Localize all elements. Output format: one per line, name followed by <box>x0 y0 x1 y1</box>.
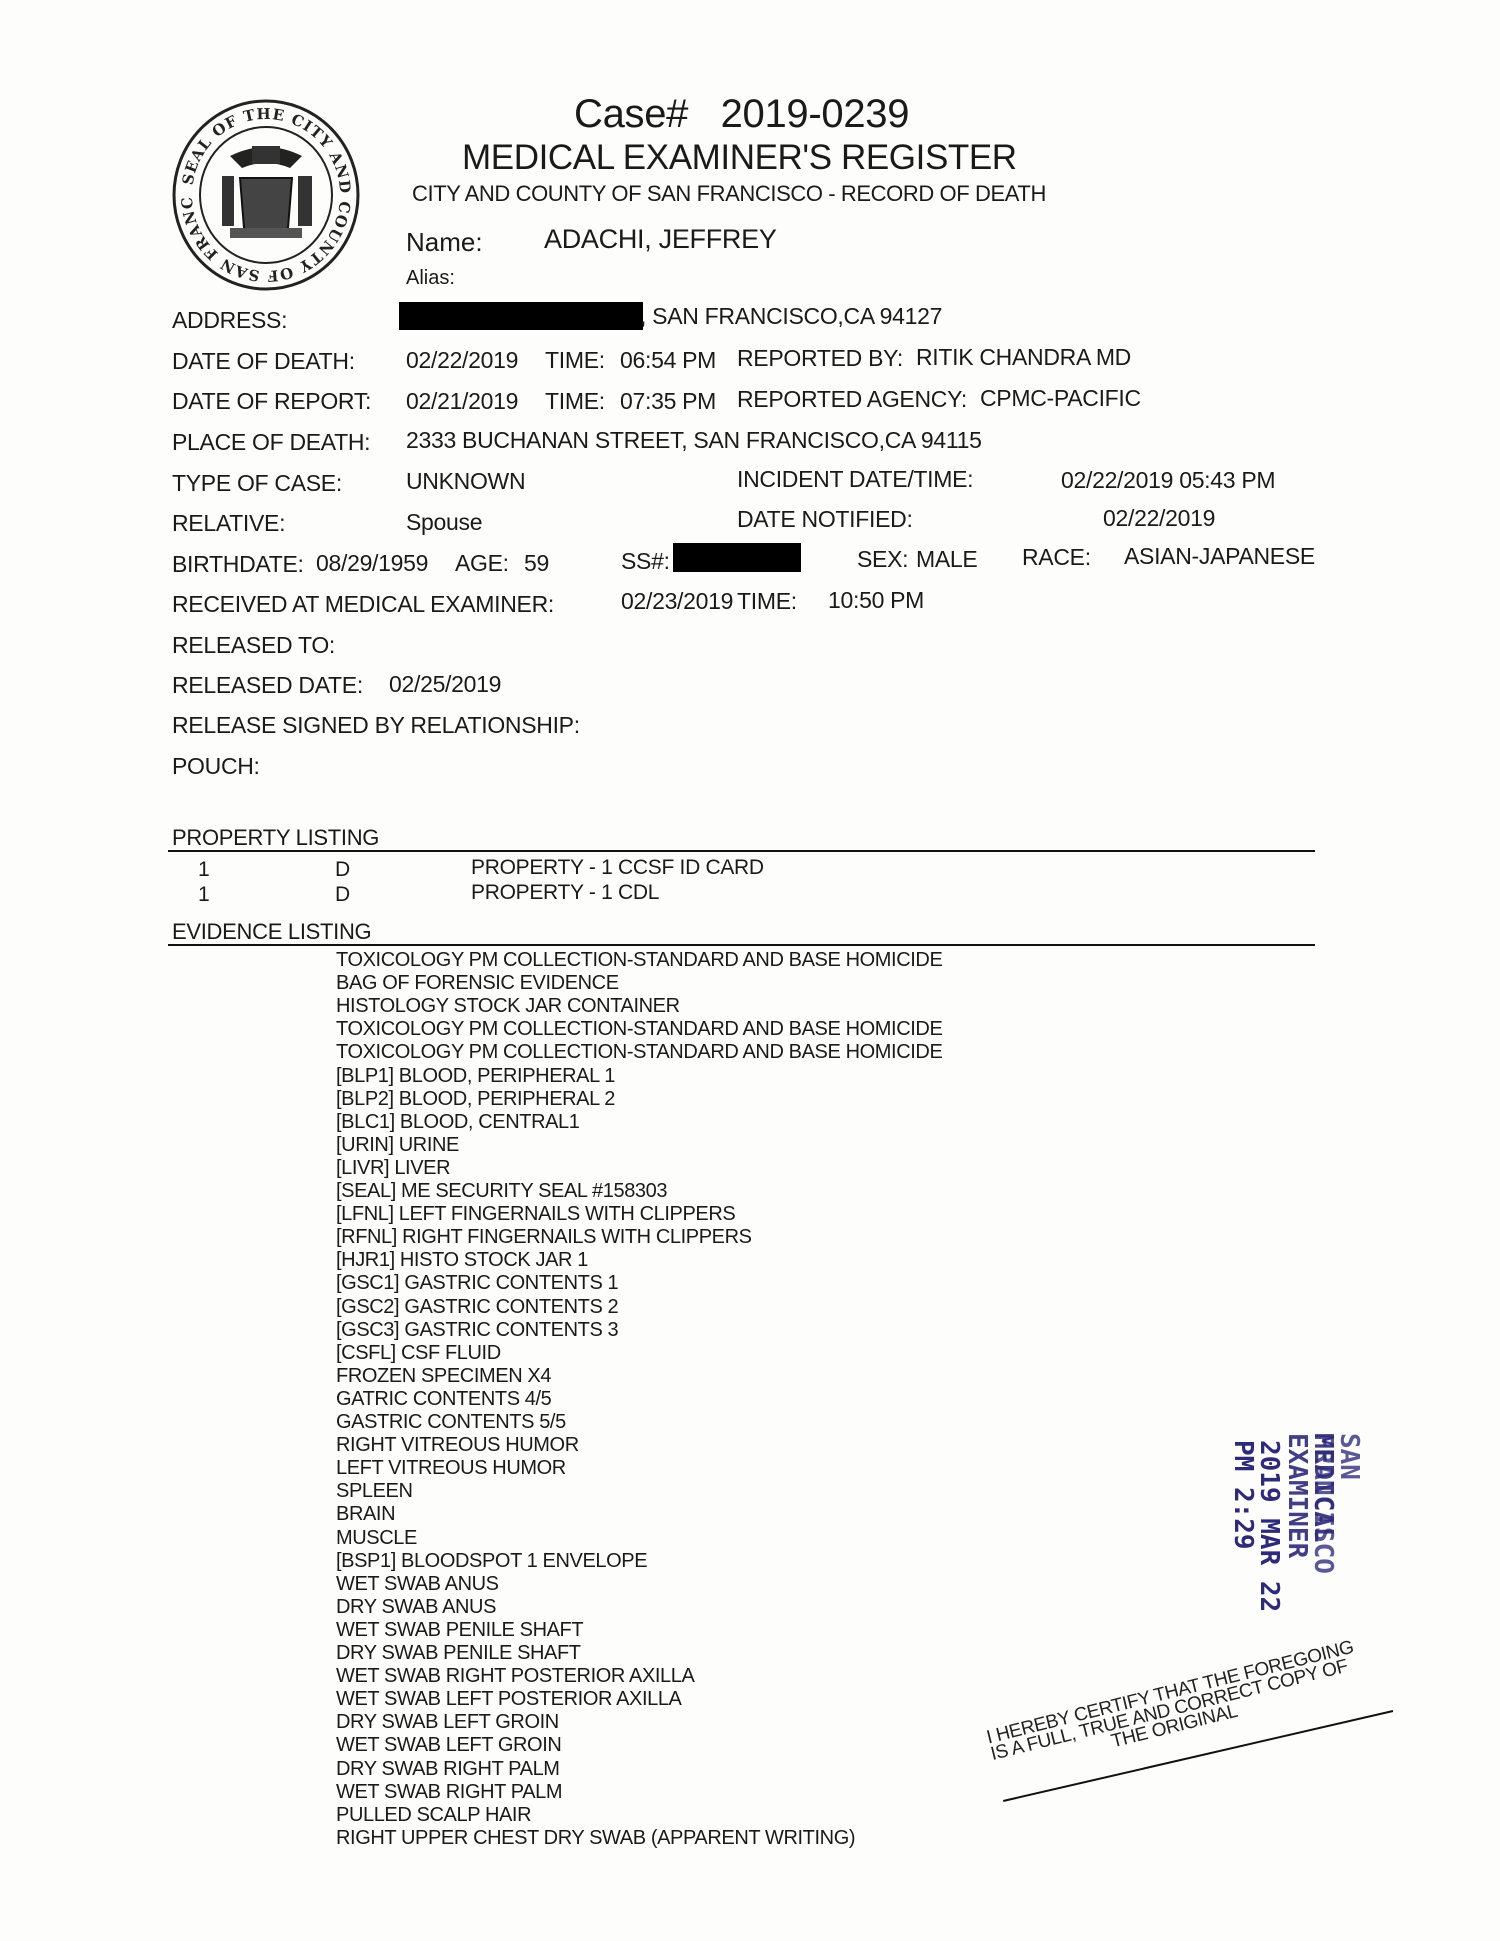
evidence-item: WET SWAB ANUS <box>336 1573 499 1596</box>
address-value: , SAN FRANCISCO,CA 94127 <box>640 303 942 330</box>
race-value: ASIAN-JAPANESE <box>1124 543 1315 570</box>
evidence-item: TOXICOLOGY PM COLLECTION-STANDARD AND BA… <box>336 1018 942 1041</box>
reported-agency-value: CPMC-PACIFIC <box>980 385 1141 412</box>
evidence-item: LEFT VITREOUS HUMOR <box>336 1457 566 1480</box>
released-to-label: RELEASED TO: <box>172 632 335 659</box>
type-of-case-value: UNKNOWN <box>406 468 525 495</box>
evidence-item: RIGHT VITREOUS HUMOR <box>336 1434 579 1457</box>
certify-line-2: IS A FULL, TRUE AND CORRECT COPY OF <box>989 1655 1359 1763</box>
age-label: AGE: <box>455 550 509 577</box>
property-divider <box>168 850 1315 852</box>
sex-label: SEX: <box>857 546 908 573</box>
place-of-death-label: PLACE OF DEATH: <box>172 429 370 456</box>
alias-label: Alias: <box>406 267 455 290</box>
evidence-item: WET SWAB RIGHT PALM <box>336 1781 562 1804</box>
date-of-report-value: 02/21/2019 <box>406 388 518 415</box>
property-listing-heading: PROPERTY LISTING <box>172 825 379 851</box>
document-subtitle: CITY AND COUNTY OF SAN FRANCISCO - RECOR… <box>412 181 1046 207</box>
received-date-value: 02/23/2019 <box>621 588 733 615</box>
evidence-divider <box>168 944 1315 946</box>
property-qty: 1 <box>198 858 209 882</box>
ssn-label: SS#: <box>621 548 670 575</box>
city-county-seal-logo: SEAL OF THE CITY AND COUNTY OF SAN FRANC… <box>170 98 362 292</box>
case-label: Case# <box>574 92 688 136</box>
relative-label: RELATIVE: <box>172 510 285 537</box>
birthdate-label: BIRTHDATE: <box>172 551 304 578</box>
evidence-item: [GSC1] GASTRIC CONTENTS 1 <box>336 1272 618 1295</box>
evidence-item: [RFNL] RIGHT FINGERNAILS WITH CLIPPERS <box>336 1226 752 1249</box>
relative-value: Spouse <box>406 509 482 536</box>
received-time-value: 10:50 PM <box>828 587 924 614</box>
age-value: 59 <box>524 550 549 577</box>
address-redaction <box>399 302 643 330</box>
evidence-item: [HJR1] HISTO STOCK JAR 1 <box>336 1249 588 1272</box>
received-label: RECEIVED AT MEDICAL EXAMINER: <box>172 591 554 618</box>
released-date-value: 02/25/2019 <box>389 671 501 698</box>
evidence-item: DRY SWAB RIGHT PALM <box>336 1758 560 1781</box>
address-label: ADDRESS: <box>172 307 287 334</box>
evidence-item: DRY SWAB LEFT GROIN <box>336 1711 559 1734</box>
released-date-label: RELEASED DATE: <box>172 672 363 699</box>
case-number: 2019-0239 <box>721 92 910 136</box>
stamp-date: 2019 MAR 22 PM 2:29 <box>1230 1440 1282 1658</box>
ssn-redaction <box>673 543 801 572</box>
date-of-death-value: 02/22/2019 <box>406 347 518 374</box>
evidence-item: [SEAL] ME SECURITY SEAL #158303 <box>336 1180 667 1203</box>
pouch-label: POUCH: <box>172 753 260 780</box>
date-notified-value: 02/22/2019 <box>1103 505 1215 532</box>
case-number-heading: Case# 2019-0239 <box>574 92 909 137</box>
evidence-item: [GSC2] GASTRIC CONTENTS 2 <box>336 1296 618 1319</box>
property-code: D <box>335 883 350 907</box>
incident-datetime-value: 02/22/2019 05:43 PM <box>1061 467 1275 494</box>
evidence-item: HISTOLOGY STOCK JAR CONTAINER <box>336 995 680 1018</box>
stamp-line-me: MEDICAL EXAMINER <box>1284 1433 1336 1597</box>
property-qty: 1 <box>198 883 209 907</box>
release-signed-label: RELEASE SIGNED BY RELATIONSHIP: <box>172 712 580 739</box>
report-time-label: TIME: <box>545 388 605 415</box>
evidence-item: MUSCLE <box>336 1527 417 1550</box>
birthdate-value: 08/29/1959 <box>316 550 428 577</box>
death-time-label: TIME: <box>545 347 605 374</box>
race-label: RACE: <box>1022 544 1091 571</box>
evidence-item: [BSP1] BLOODSPOT 1 ENVELOPE <box>336 1550 647 1573</box>
received-time-label: TIME: <box>737 588 797 615</box>
evidence-item: [LFNL] LEFT FINGERNAILS WITH CLIPPERS <box>336 1203 735 1226</box>
evidence-item: WET SWAB LEFT GROIN <box>336 1734 561 1757</box>
property-description: PROPERTY - 1 CCSF ID CARD <box>471 856 764 880</box>
evidence-item: [LIVR] LIVER <box>336 1157 450 1180</box>
date-of-death-label: DATE OF DEATH: <box>172 348 355 375</box>
evidence-item: [BLP1] BLOOD, PERIPHERAL 1 <box>336 1065 615 1088</box>
evidence-item: RIGHT UPPER CHEST DRY SWAB (APPARENT WRI… <box>336 1827 855 1850</box>
reported-by-label: REPORTED BY: <box>737 345 903 372</box>
name-value: ADACHI, JEFFREY <box>544 224 777 255</box>
evidence-item: WET SWAB PENILE SHAFT <box>336 1619 583 1642</box>
evidence-item: SPLEEN <box>336 1480 413 1503</box>
name-label: Name: <box>406 227 483 258</box>
evidence-item: BAG OF FORENSIC EVIDENCE <box>336 972 619 995</box>
property-description: PROPERTY - 1 CDL <box>471 881 659 905</box>
date-of-report-label: DATE OF REPORT: <box>172 388 371 415</box>
evidence-item: DRY SWAB PENILE SHAFT <box>336 1642 581 1665</box>
evidence-item: TOXICOLOGY PM COLLECTION-STANDARD AND BA… <box>336 1041 942 1064</box>
type-of-case-label: TYPE OF CASE: <box>172 470 342 497</box>
sex-value: MALE <box>916 546 977 573</box>
evidence-item: FROZEN SPECIMEN X4 <box>336 1365 551 1388</box>
date-notified-label: DATE NOTIFIED: <box>737 506 913 533</box>
evidence-item: GATRIC CONTENTS 4/5 <box>336 1388 551 1411</box>
report-time-value: 07:35 PM <box>620 388 716 415</box>
evidence-item: GASTRIC CONTENTS 5/5 <box>336 1411 566 1434</box>
evidence-item: [BLC1] BLOOD, CENTRAL1 <box>336 1111 580 1134</box>
evidence-item: TOXICOLOGY PM COLLECTION-STANDARD AND BA… <box>336 949 942 972</box>
evidence-item: [URIN] URINE <box>336 1134 459 1157</box>
document-title: MEDICAL EXAMINER'S REGISTER <box>462 138 1017 178</box>
place-of-death-value: 2333 BUCHANAN STREET, SAN FRANCISCO,CA 9… <box>406 427 982 454</box>
property-code: D <box>335 858 350 882</box>
evidence-item: DRY SWAB ANUS <box>336 1596 496 1619</box>
evidence-item: WET SWAB RIGHT POSTERIOR AXILLA <box>336 1665 694 1688</box>
reported-agency-label: REPORTED AGENCY: <box>737 386 967 413</box>
evidence-item: [BLP2] BLOOD, PERIPHERAL 2 <box>336 1088 615 1111</box>
evidence-item: WET SWAB LEFT POSTERIOR AXILLA <box>336 1688 682 1711</box>
certification-text: I HEREBY CERTIFY THAT THE FOREGOING IS A… <box>985 1639 1363 1780</box>
evidence-item: PULLED SCALP HAIR <box>336 1804 531 1827</box>
evidence-item: BRAIN <box>336 1503 395 1526</box>
reported-by-value: RITIK CHANDRA MD <box>916 344 1131 371</box>
incident-datetime-label: INCIDENT DATE/TIME: <box>737 466 973 493</box>
death-time-value: 06:54 PM <box>620 347 716 374</box>
evidence-item: [GSC3] GASTRIC CONTENTS 3 <box>336 1319 618 1342</box>
evidence-listing-heading: EVIDENCE LISTING <box>172 919 371 945</box>
evidence-item: [CSFL] CSF FLUID <box>336 1342 501 1365</box>
